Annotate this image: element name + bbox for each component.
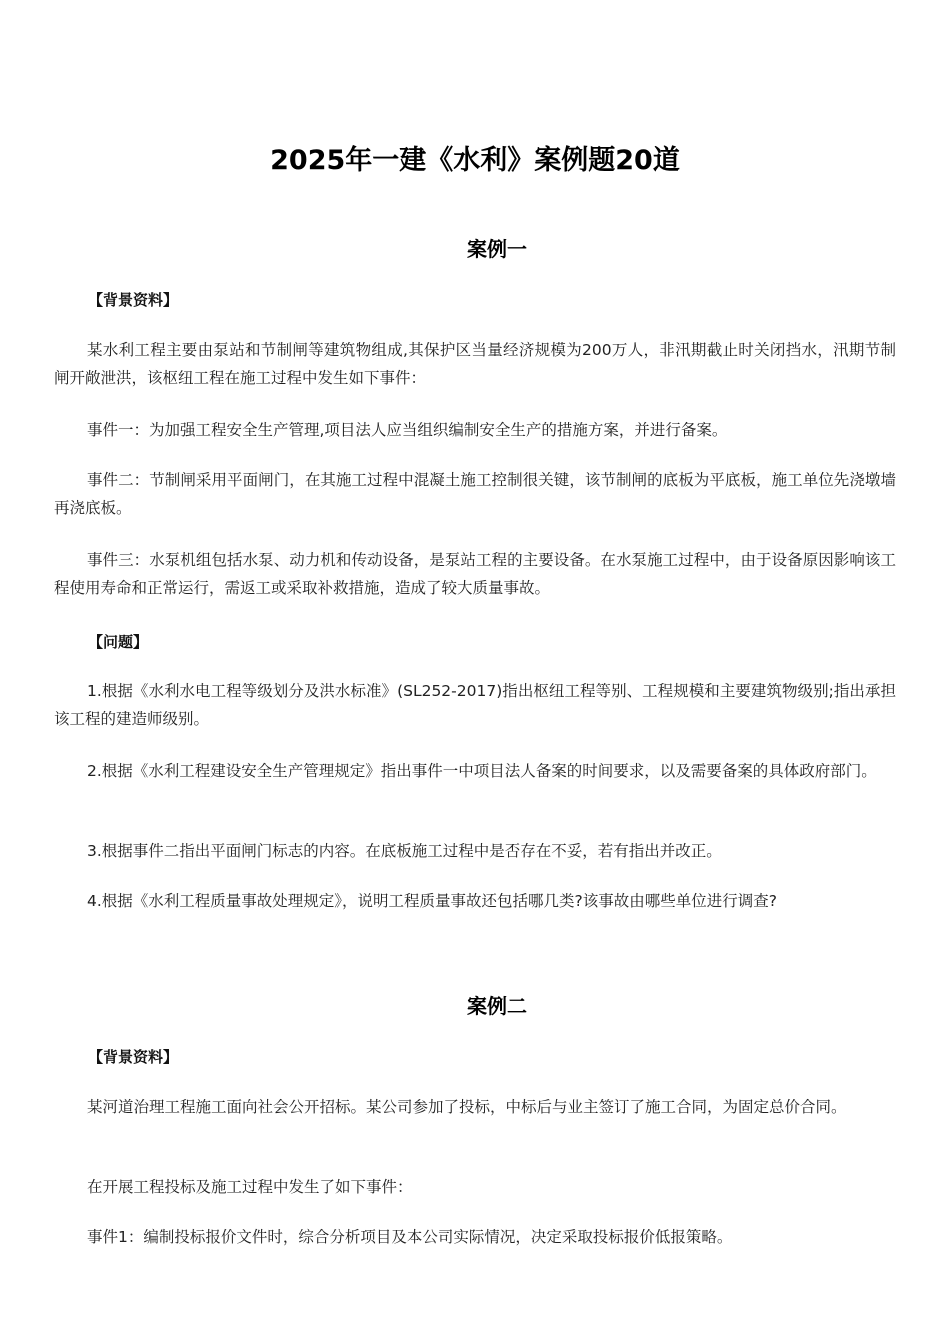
case-2-event-1: 事件1：编制投标报价文件时，综合分析项目及本公司实际情况，决定采取投标报价低报策… — [54, 1223, 896, 1251]
case-1-question-4: 4.根据《水利工程质量事故处理规定》，说明工程质量事故还包括哪几类?该事故由哪些… — [54, 887, 896, 915]
case-1-event-1: 事件一：为加强工程安全生产管理,项目法人应当组织编制安全生产的措施方案，并进行备… — [54, 416, 896, 444]
document-title: 2025年一建《水利》案例题20道 — [0, 138, 950, 177]
case-1-question-2: 2.根据《水利工程建设安全生产管理规定》指出事件一中项目法人备案的时间要求，以及… — [54, 757, 896, 785]
document-page: 2025年一建《水利》案例题20道 案例一 【背景资料】 某水利工程主要由泵站和… — [0, 0, 950, 1344]
case-1-question-3: 3.根据事件二指出平面闸门标志的内容。在底板施工过程中是否存在不妥，若有指出并改… — [54, 837, 896, 865]
case-1-background-label: 【背景资料】 — [88, 289, 178, 310]
case-1-event-2: 事件二：节制闸采用平面闸门，在其施工过程中混凝土施工控制很关键，该节制闸的底板为… — [54, 466, 896, 522]
case-1-title: 案例一 — [0, 233, 950, 262]
case-2-background-label: 【背景资料】 — [88, 1046, 178, 1067]
case-1-event-3: 事件三：水泵机组包括水泵、动力机和传动设备，是泵站工程的主要设备。在水泵施工过程… — [54, 546, 896, 602]
case-2-title: 案例二 — [0, 990, 950, 1019]
case-2-background-paragraph: 某河道治理工程施工面向社会公开招标。某公司参加了投标，中标后与业主签订了施工合同… — [54, 1093, 896, 1121]
case-1-background-paragraph: 某水利工程主要由泵站和节制闸等建筑物组成,其保护区当量经济规模为200万人，非汛… — [54, 336, 896, 392]
case-1-questions-label: 【问题】 — [88, 631, 148, 652]
case-2-intro: 在开展工程投标及施工过程中发生了如下事件： — [54, 1173, 896, 1201]
case-1-question-1: 1.根据《水利水电工程等级划分及洪水标准》(SL252-2017)指出枢纽工程等… — [54, 677, 896, 733]
